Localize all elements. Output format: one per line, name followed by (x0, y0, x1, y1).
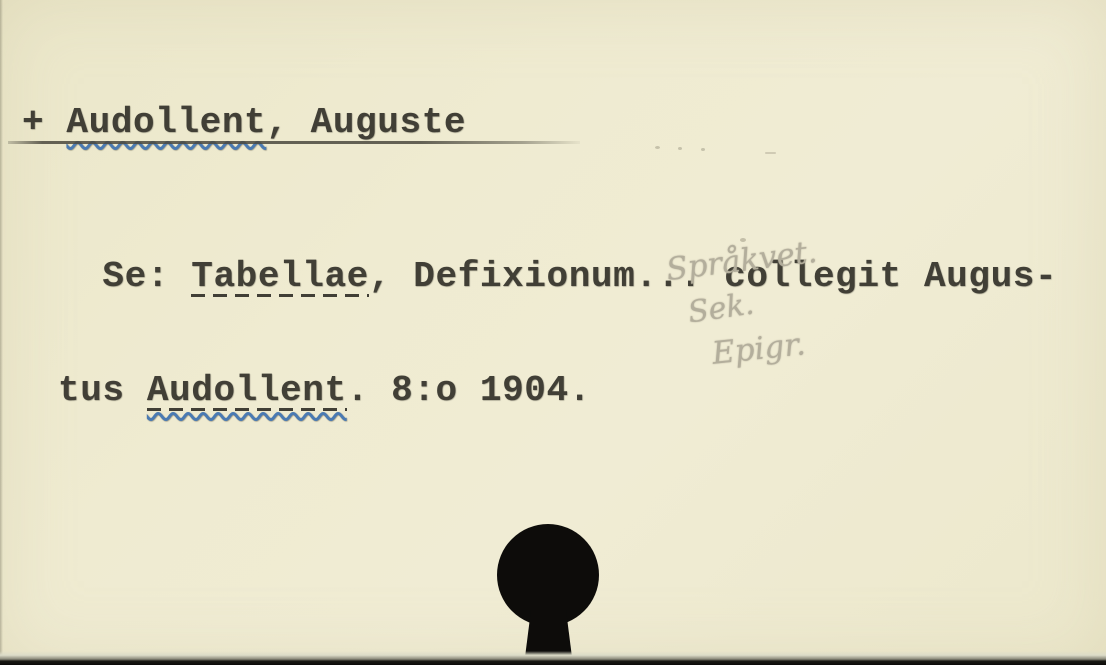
heading-underline-rule (8, 141, 580, 144)
card-bottom-edge (0, 651, 1106, 665)
scan-speckle (701, 148, 705, 151)
scan-speckle (765, 152, 776, 154)
heading: + Audollent, Auguste (22, 103, 466, 143)
body-line2-pre: tus (58, 370, 147, 411)
keyhole-punch-hole (495, 520, 607, 665)
body-line1-pre: Se: (58, 256, 191, 297)
body-line-1: Se: Tabellae, Defixionum... collegit Aug… (58, 258, 1057, 296)
typed-body: Se: Tabellae, Defixionum... collegit Aug… (58, 182, 1057, 486)
catalog-card: + Audollent, Auguste Se: Tabellae, Defix… (0, 0, 1106, 665)
scan-speckle (740, 238, 746, 242)
card-left-edge (0, 0, 3, 665)
body-line2-name: Audollent (147, 370, 347, 411)
body-line-2: tus Audollent. 8:o 1904. (58, 372, 1057, 410)
heading-suffix: , Auguste (266, 102, 466, 143)
heading-prefix: + (22, 102, 66, 143)
body-line1-title: Tabellae (191, 256, 369, 297)
body-line2-name-wrap: Audollent (147, 370, 347, 411)
body-line2-post: . 8:o 1904. (347, 370, 591, 411)
heading-author-name: Audollent (66, 102, 266, 143)
scan-speckle (655, 146, 660, 149)
scan-speckle (678, 147, 682, 150)
